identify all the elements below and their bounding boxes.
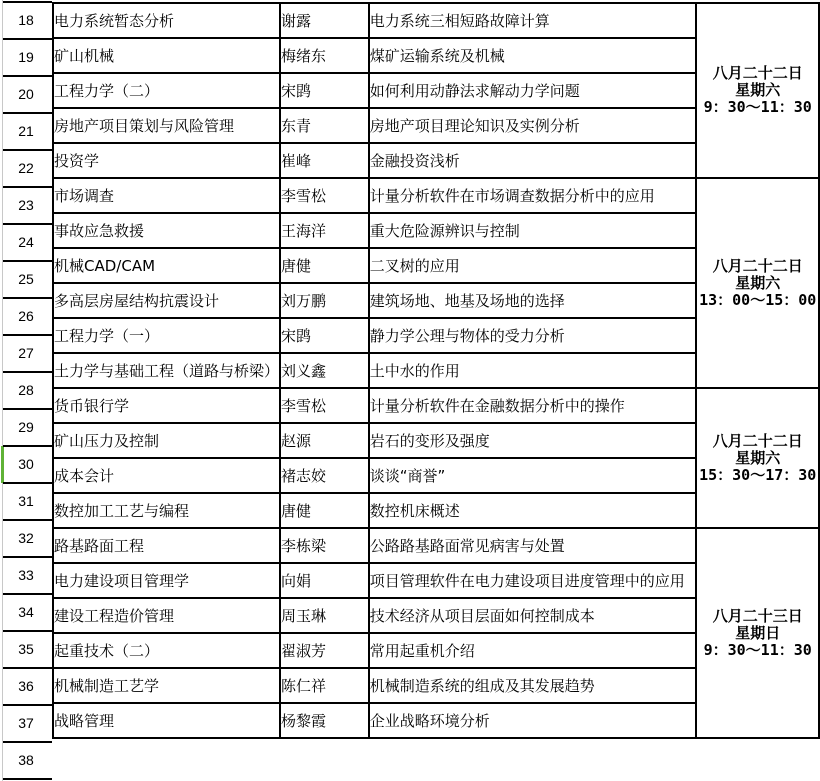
teacher-cell[interactable]: 褚志姣 — [280, 458, 369, 493]
topic-cell[interactable]: 房地产项目理论知识及实例分析 — [369, 108, 697, 143]
course-cell[interactable]: 机械制造工艺学 — [53, 668, 280, 703]
teacher-cell[interactable]: 陈仁祥 — [280, 668, 369, 703]
session-time-cell[interactable]: 八月二十三日 星期日 9：30～11：30 — [696, 528, 819, 738]
session-date: 八月二十二日 — [697, 258, 818, 275]
spreadsheet: 18 19 20 21 22 23 24 25 26 27 28 29 30 3… — [0, 0, 820, 781]
course-cell[interactable]: 电力建设项目管理学 — [53, 563, 280, 598]
topic-cell[interactable]: 重大危险源辨识与控制 — [369, 213, 697, 248]
course-cell[interactable]: 机械CAD/CAM — [53, 248, 280, 283]
row-number[interactable]: 21 — [0, 113, 52, 150]
row-number[interactable]: 31 — [0, 483, 52, 520]
gridline — [3, 704, 52, 706]
row-number[interactable]: 38 — [0, 742, 52, 779]
session-time-cell[interactable]: 八月二十二日 星期六 15：30～17：30 — [696, 388, 819, 528]
topic-cell[interactable]: 岩石的变形及强度 — [369, 423, 697, 458]
table-row: 路基路面工程 李栋梁 公路路基路面常见病害与处置 八月二十三日 星期日 9：30… — [53, 528, 819, 563]
gridline — [3, 593, 52, 595]
row-number[interactable]: 19 — [0, 39, 52, 76]
course-cell[interactable]: 战略管理 — [53, 703, 280, 738]
topic-cell[interactable]: 企业战略环境分析 — [369, 703, 697, 738]
row-number[interactable]: 23 — [0, 187, 52, 224]
course-cell[interactable]: 市场调查 — [53, 178, 280, 213]
topic-cell[interactable]: 煤矿运输系统及机械 — [369, 38, 697, 73]
row-number[interactable]: 36 — [0, 668, 52, 705]
gridline — [3, 223, 52, 225]
row-number[interactable]: 22 — [0, 150, 52, 187]
row-number[interactable]: 26 — [0, 298, 52, 335]
gridline — [3, 778, 52, 780]
gridline — [3, 297, 52, 299]
topic-cell[interactable]: 静力学公理与物体的受力分析 — [369, 318, 697, 353]
teacher-cell[interactable]: 李雪松 — [280, 388, 369, 423]
gridline — [3, 38, 52, 40]
gridline — [3, 741, 52, 743]
course-cell[interactable]: 成本会计 — [53, 458, 280, 493]
course-cell[interactable]: 工程力学（二） — [53, 73, 280, 108]
session-time-cell[interactable]: 八月二十二日 星期六 9：30～11：30 — [696, 3, 819, 178]
row-number[interactable]: 29 — [0, 409, 52, 446]
gridline — [3, 334, 52, 336]
teacher-cell[interactable]: 周玉琳 — [280, 598, 369, 633]
gridline — [3, 149, 52, 151]
row-number[interactable]: 30 — [0, 446, 52, 483]
topic-cell[interactable]: 机械制造系统的组成及其发展趋势 — [369, 668, 697, 703]
gridline — [3, 482, 52, 484]
session-time: 13：00～15：00 — [697, 292, 818, 309]
teacher-cell[interactable]: 刘义鑫 — [280, 353, 369, 388]
gridline — [3, 519, 52, 521]
topic-cell[interactable]: 二叉树的应用 — [369, 248, 697, 283]
session-weekday: 星期日 — [697, 625, 818, 642]
topic-cell[interactable]: 金融投资浅析 — [369, 143, 697, 178]
topic-cell[interactable]: 建筑场地、地基及场地的选择 — [369, 283, 697, 318]
course-cell[interactable]: 投资学 — [53, 143, 280, 178]
row-number[interactable]: 28 — [0, 372, 52, 409]
gridline — [3, 445, 52, 447]
row-number[interactable]: 34 — [0, 594, 52, 631]
teacher-cell[interactable]: 刘万鹏 — [280, 283, 369, 318]
row-number[interactable]: 35 — [0, 631, 52, 668]
gridline — [3, 1, 52, 3]
teacher-cell[interactable]: 宋鹍 — [280, 73, 369, 108]
row-number[interactable]: 20 — [0, 76, 52, 113]
row-number[interactable]: 33 — [0, 557, 52, 594]
session-date: 八月二十二日 — [697, 433, 818, 450]
teacher-cell[interactable]: 唐健 — [280, 493, 369, 528]
gridline — [3, 112, 52, 114]
teacher-cell[interactable]: 李栋梁 — [280, 528, 369, 563]
session-weekday: 星期六 — [697, 275, 818, 292]
session-weekday: 星期六 — [697, 82, 818, 99]
topic-cell[interactable]: 数控机床概述 — [369, 493, 697, 528]
topic-cell[interactable]: 公路路基路面常见病害与处置 — [369, 528, 697, 563]
topic-cell[interactable]: 项目管理软件在电力建设项目进度管理中的应用 — [369, 563, 697, 598]
course-cell[interactable]: 建设工程造价管理 — [53, 598, 280, 633]
table-row: 市场调查 李雪松 计量分析软件在市场调查数据分析中的应用 八月二十二日 星期六 … — [53, 178, 819, 213]
table-row: 电力系统暂态分析 谢露 电力系统三相短路故障计算 八月二十二日 星期六 9：30… — [53, 3, 819, 38]
course-cell[interactable]: 事故应急救援 — [53, 213, 280, 248]
teacher-cell[interactable]: 宋鹍 — [280, 318, 369, 353]
session-time: 9：30～11：30 — [697, 99, 818, 116]
topic-cell[interactable]: 常用起重机介绍 — [369, 633, 697, 668]
course-cell[interactable]: 路基路面工程 — [53, 528, 280, 563]
gridline — [3, 667, 52, 669]
teacher-cell[interactable]: 唐健 — [280, 248, 369, 283]
course-cell[interactable]: 起重技术（二） — [53, 633, 280, 668]
gridline — [3, 408, 52, 410]
row-number-column: 18 19 20 21 22 23 24 25 26 27 28 29 30 3… — [0, 2, 52, 779]
teacher-cell[interactable]: 李雪松 — [280, 178, 369, 213]
course-cell[interactable]: 多高层房屋结构抗震设计 — [53, 283, 280, 318]
row-number[interactable]: 24 — [0, 224, 52, 261]
session-date: 八月二十三日 — [697, 608, 818, 625]
teacher-cell[interactable]: 谢露 — [280, 3, 369, 38]
course-cell[interactable]: 土力学与基础工程（道路与桥梁） — [53, 353, 280, 388]
topic-cell[interactable]: 如何利用动静法求解动力学问题 — [369, 73, 697, 108]
gridline — [3, 630, 52, 632]
topic-cell[interactable]: 计量分析软件在金融数据分析中的操作 — [369, 388, 697, 423]
row-number[interactable]: 37 — [0, 705, 52, 742]
gridline — [3, 371, 52, 373]
gridline — [3, 260, 52, 262]
teacher-cell[interactable]: 梅绪东 — [280, 38, 369, 73]
row-number[interactable]: 25 — [0, 261, 52, 298]
course-cell[interactable]: 数控加工工艺与编程 — [53, 493, 280, 528]
session-time: 9：30～11：30 — [697, 642, 818, 659]
teacher-cell[interactable]: 翟淑芳 — [280, 633, 369, 668]
course-cell[interactable]: 工程力学（一） — [53, 318, 280, 353]
session-time: 15：30～17：30 — [697, 467, 818, 484]
topic-cell[interactable]: 计量分析软件在市场调查数据分析中的应用 — [369, 178, 697, 213]
session-weekday: 星期六 — [697, 450, 818, 467]
session-time-cell[interactable]: 八月二十二日 星期六 13：00～15：00 — [696, 178, 819, 388]
teacher-cell[interactable]: 东青 — [280, 108, 369, 143]
course-cell[interactable]: 矿山机械 — [53, 38, 280, 73]
topic-cell[interactable]: 土中水的作用 — [369, 353, 697, 388]
course-cell[interactable]: 货币银行学 — [53, 388, 280, 423]
course-cell[interactable]: 房地产项目策划与风险管理 — [53, 108, 280, 143]
gridline — [3, 75, 52, 77]
gridline — [3, 186, 52, 188]
teacher-cell[interactable]: 杨黎霞 — [280, 703, 369, 738]
table-row: 货币银行学 李雪松 计量分析软件在金融数据分析中的操作 八月二十二日 星期六 1… — [53, 388, 819, 423]
teacher-cell[interactable]: 向娟 — [280, 563, 369, 598]
teacher-cell[interactable]: 王海洋 — [280, 213, 369, 248]
topic-cell[interactable]: 技术经济从项目层面如何控制成本 — [369, 598, 697, 633]
course-cell[interactable]: 矿山压力及控制 — [53, 423, 280, 458]
topic-cell[interactable]: 谈谈“商誉” — [369, 458, 697, 493]
row-number[interactable]: 18 — [0, 2, 52, 39]
course-cell[interactable]: 电力系统暂态分析 — [53, 3, 280, 38]
schedule-table: 电力系统暂态分析 谢露 电力系统三相短路故障计算 八月二十二日 星期六 9：30… — [52, 2, 820, 739]
row-number[interactable]: 32 — [0, 520, 52, 557]
row-number[interactable]: 27 — [0, 335, 52, 372]
teacher-cell[interactable]: 崔峰 — [280, 143, 369, 178]
gridline — [3, 556, 52, 558]
teacher-cell[interactable]: 赵源 — [280, 423, 369, 458]
topic-cell[interactable]: 电力系统三相短路故障计算 — [369, 3, 697, 38]
session-date: 八月二十二日 — [697, 65, 818, 82]
